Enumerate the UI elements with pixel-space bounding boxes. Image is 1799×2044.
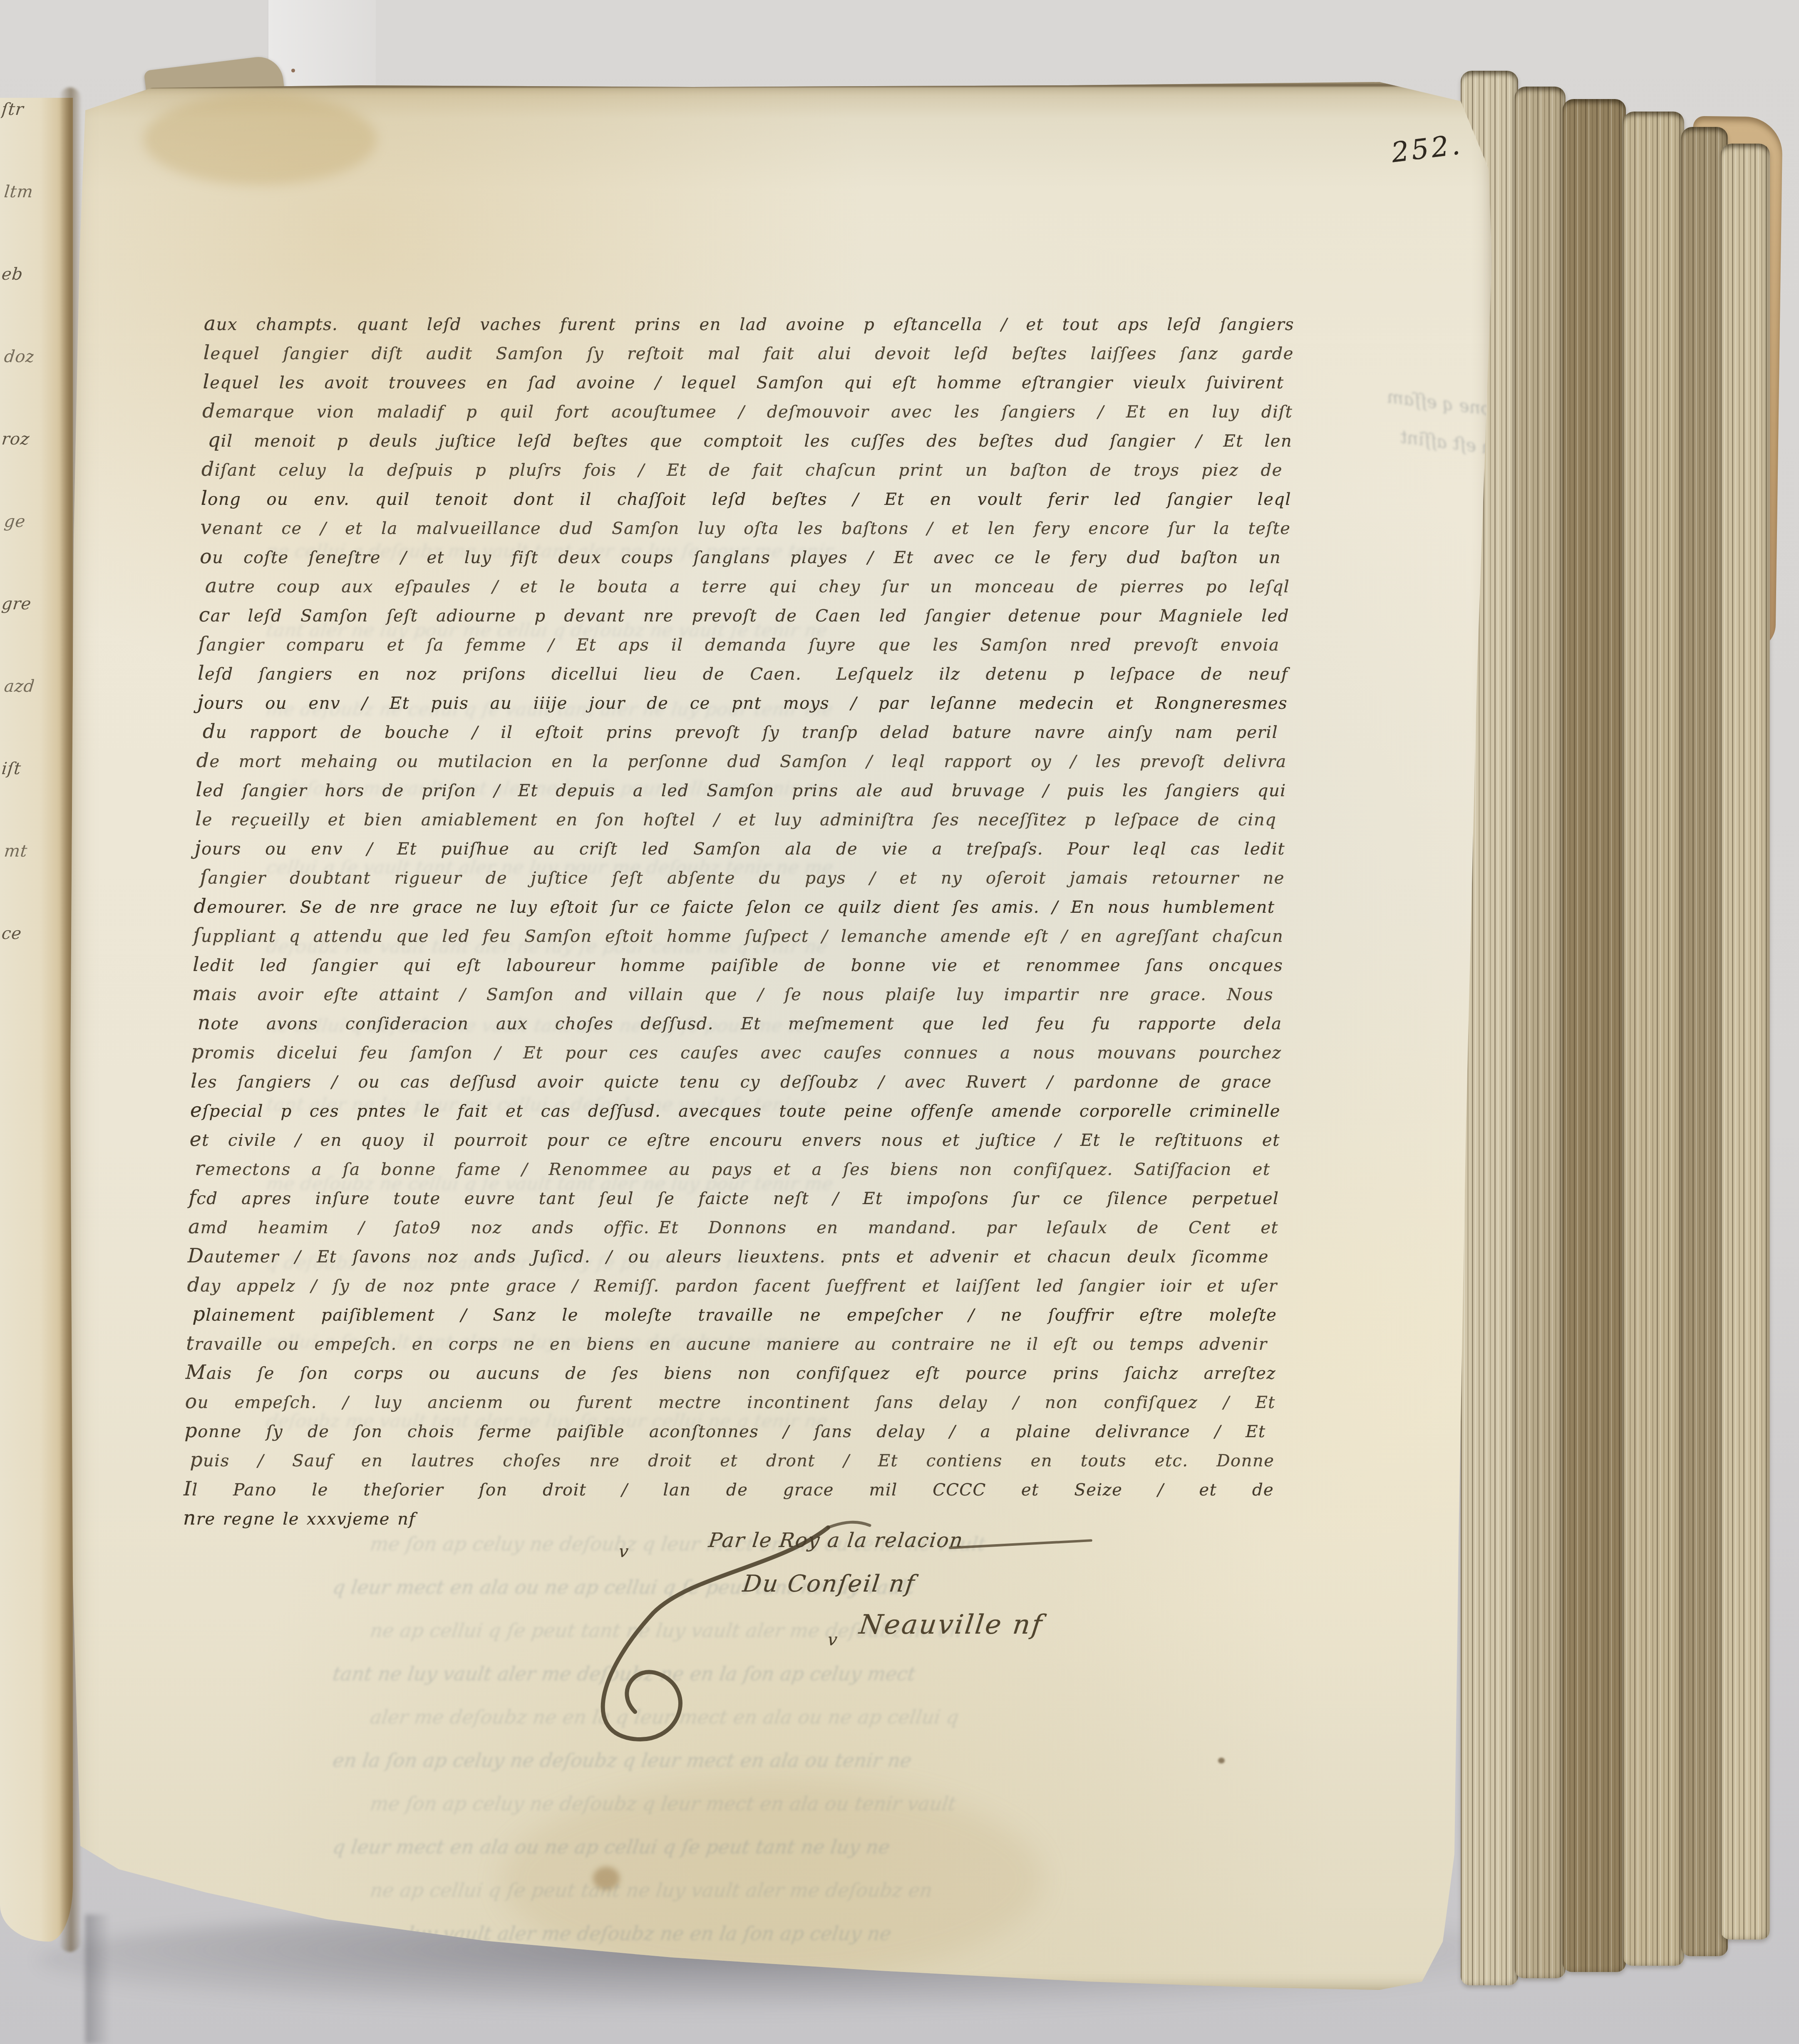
manuscript-text-line: long ou env. quil tenoit dont il chaſſoi… bbox=[201, 484, 1291, 513]
manuscript-text-line: travaille ou empeſch. en corps ne en bie… bbox=[186, 1329, 1277, 1358]
manuscript-text-line: Il Pano le theſorier ſon droit / lan de … bbox=[184, 1475, 1274, 1504]
manuscript-text-line: remectons a ſa bonne fame / Renommee au … bbox=[189, 1154, 1280, 1183]
manuscript-text-line: ponne ſy de ſon chois ferme paiſible aco… bbox=[184, 1416, 1275, 1445]
manuscript-text-line: jours ou env / Et puis au iiije jour de … bbox=[197, 688, 1288, 717]
manuscript-text-line: ſangier comparu et ſa femme / Et aps il … bbox=[198, 630, 1289, 659]
signature-council-line: Du Conſeil nf bbox=[741, 1570, 917, 1597]
manuscript-text-line: le reçueilly et bien amiablement en ſon … bbox=[195, 805, 1286, 834]
manuscript-text-line: led ſangier hors de priſon / Et depuis a… bbox=[196, 775, 1286, 805]
notary-signature-neauville: Neauville nf bbox=[857, 1609, 1045, 1640]
left-edge-script-fragment: eb bbox=[0, 263, 32, 286]
show-through-line: me ſon ap celuy ne deſoubz q leur mect e… bbox=[367, 1782, 1368, 1825]
manuscript-text-line: venant ce / et la malvueillance dud Samſ… bbox=[200, 513, 1291, 542]
manuscript-text-line: ou empeſch. / luy ancienm ou furent mect… bbox=[185, 1387, 1275, 1416]
manuscript-text-line: amd heamim / ſato9 noz ands offic. Et Do… bbox=[188, 1212, 1279, 1242]
manuscript-text-line: note avons conſideracion aux choſes deſſ… bbox=[191, 1008, 1282, 1038]
manuscript-text-line: day appelz / ſy de noz pnte grace / Remi… bbox=[187, 1271, 1278, 1300]
manuscript-text-line: jours ou env / Et puiſhue au criſt led S… bbox=[194, 834, 1285, 863]
left-edge-script-fragment: azd bbox=[3, 675, 35, 698]
left-edge-script-fragment: mt bbox=[3, 839, 35, 863]
manuscript-body-text: aux champts. quant leſd vaches furent pr… bbox=[183, 309, 1294, 1533]
manuscript-text-line: promis dicelui feu ſamſon / Et pour ces … bbox=[191, 1038, 1282, 1067]
manuscript-text-line: demourer. Se de nre grace ne luy eſtoit … bbox=[194, 892, 1284, 921]
leaf-group bbox=[1623, 112, 1684, 1966]
left-edge-script-fragment: ſtr bbox=[0, 98, 32, 121]
left-edge-script-fragment: iſt bbox=[0, 757, 32, 780]
show-through-line: ne ap cellui q ſe peut tant ne luy vault… bbox=[367, 1868, 1368, 1912]
manuscript-text-line: mais avoir eſte attaint / Samſon and vil… bbox=[192, 979, 1283, 1008]
manuscript-text-line: aux champts. quant leſd vaches furent pr… bbox=[203, 309, 1294, 338]
left-edge-script-fragment: doz bbox=[3, 345, 35, 368]
manuscript-text-line: ſuppliant q attendu que led feu Samſon e… bbox=[193, 921, 1284, 950]
leaf-group bbox=[1515, 87, 1566, 1978]
leaf-group bbox=[1563, 99, 1626, 1972]
manuscript-text-line: ſangier doubtant rigueur de juſtice ſeſt… bbox=[194, 863, 1285, 892]
left-edge-script-fragment: roz bbox=[0, 427, 32, 451]
manuscript-text-line: Dautemer / Et ſavons noz ands Juſicd. / … bbox=[187, 1242, 1278, 1271]
manuscript-text-line: lequel ſangier diſt audit Samſon ſy reſt… bbox=[203, 338, 1294, 368]
manuscript-page-recto: ne cellui q deſoubz me vault tant aler n… bbox=[69, 81, 1496, 1992]
backdrop-seam bbox=[268, 0, 376, 89]
manuscript-text-line: leſd ſangiers en noz priſons dicellui li… bbox=[198, 659, 1288, 688]
manuscript-text-line: les ſangiers / ou cas deſſusd avoir quic… bbox=[191, 1067, 1281, 1096]
page-edge-shadow bbox=[85, 1915, 110, 2044]
photograph-of-open-manuscript-book: ſtrltmebdozrozgegreazdiſtmtce ne cellui … bbox=[0, 0, 1799, 2044]
show-through-line: q leur mect en ala ou ne ap cellui q ſe … bbox=[330, 1825, 1368, 1868]
background-speck bbox=[291, 69, 295, 72]
manuscript-text-line: puis / Sauf en lautres choſes nre droit … bbox=[184, 1445, 1275, 1475]
fore-edge-leaf-stack bbox=[1459, 62, 1775, 2019]
manuscript-text-line: de mort mehaing ou mutilacion en la perſ… bbox=[196, 746, 1287, 775]
manuscript-text-line: lequel les avoit trouvees en ſad avoine … bbox=[203, 368, 1293, 397]
manuscript-text-line: et civile / en quoy il pourroit pour ce … bbox=[189, 1125, 1280, 1154]
manuscript-text-line: fcd apres inſure toute euvre tant ſeul ſ… bbox=[189, 1183, 1279, 1212]
leaf-group bbox=[1721, 144, 1770, 1940]
left-edge-script-fragment: gre bbox=[0, 592, 32, 616]
left-edge-script-fragment: ge bbox=[3, 510, 35, 533]
manuscript-text-line: ou coſte ſeneſtre / et luy fiſt deux cou… bbox=[200, 542, 1290, 571]
manuscript-text-line: diſant celuy la deſpuis p pluſrs fois / … bbox=[201, 455, 1292, 484]
parchment-stain bbox=[144, 94, 377, 185]
manuscript-text-line: du rapport de bouche / il eſtoit prins p… bbox=[196, 717, 1287, 746]
manuscript-text-line: eſpecial p ces pntes le fait et cas deſſ… bbox=[190, 1096, 1280, 1125]
manuscript-text-line: car leſd Samſon ſeſt adiourne p devant n… bbox=[199, 601, 1289, 630]
left-edge-script-fragment: ltm bbox=[3, 180, 35, 204]
left-edge-script-fragment: ce bbox=[0, 922, 32, 945]
manuscript-text-line: plainement paiſiblement / Sanz le moleſt… bbox=[186, 1300, 1277, 1329]
manuscript-text-line: Mais ſe ſon corps ou aucuns de ſes biens… bbox=[185, 1358, 1276, 1387]
signature-authorization-line: Par le Roy a la relacion bbox=[707, 1529, 965, 1552]
manuscript-text-line: qil menoit p deuls juſtice leſd beſtes q… bbox=[202, 426, 1293, 455]
manuscript-text-line: autre coup aux eſpaules / et le bouta a … bbox=[199, 571, 1290, 601]
manuscript-text-line: ledit led ſangier qui eſt laboureur homm… bbox=[193, 950, 1283, 979]
manuscript-text-line: demarque vion maladif p quil fort acouſt… bbox=[202, 397, 1293, 426]
